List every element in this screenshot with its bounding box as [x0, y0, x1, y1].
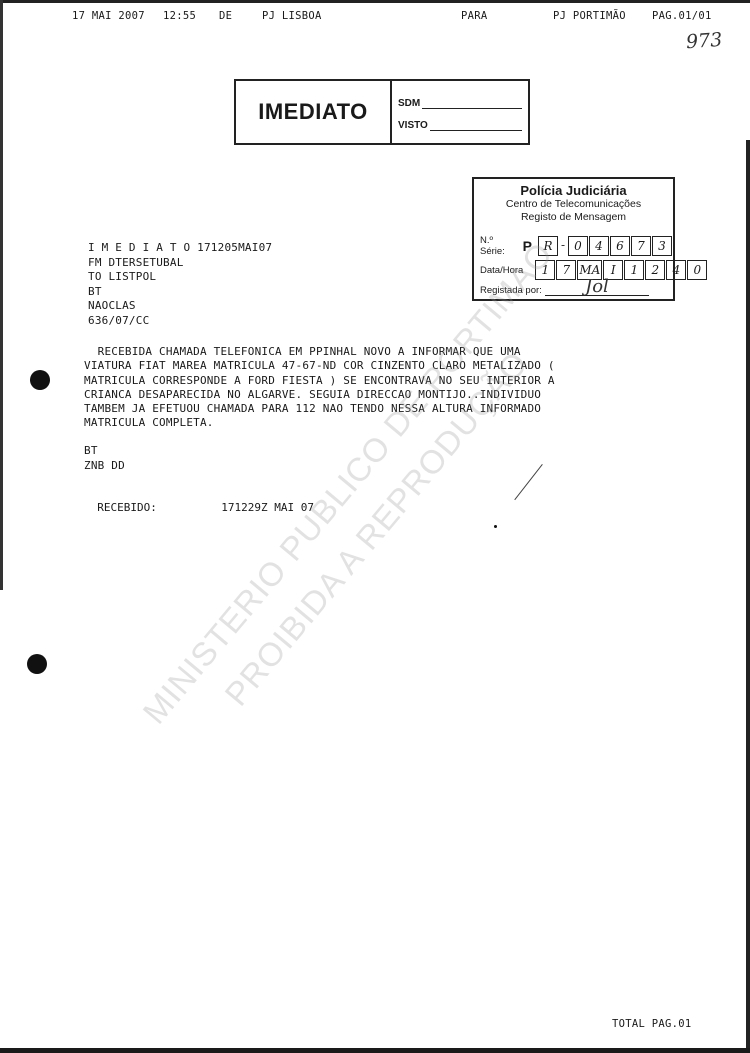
- fax-from-label: DE: [219, 10, 232, 22]
- message-footer: BT ZNB DD: [84, 444, 125, 473]
- fax-to: PJ PORTIMÃO: [553, 10, 626, 22]
- scan-edge-right: [746, 140, 750, 1053]
- received-label: RECEBIDO:: [97, 501, 221, 514]
- visto-field: VISTO: [398, 109, 522, 131]
- fax-time: 12:55: [163, 10, 196, 22]
- registrar-signature: Jol: [585, 276, 609, 297]
- sdm-line: [422, 98, 522, 109]
- fax-to-label: PARA: [461, 10, 488, 22]
- datetime-boxes: 17MAI1240: [535, 260, 708, 280]
- fax-page: PAG.01/01: [652, 10, 712, 22]
- fax-header: 17 MAI 2007 12:55 DE PJ LISBOA PARA PJ P…: [0, 10, 750, 26]
- stamp-box: 0: [568, 236, 588, 256]
- registry-stamp-subtitle-1: Centro de Telecomunicações: [474, 198, 673, 211]
- stamp-box: 7: [556, 260, 576, 280]
- sdm-field: SDM: [398, 87, 522, 109]
- stamp-box: 4: [589, 236, 609, 256]
- pen-mark: [514, 464, 542, 500]
- visto-line: [430, 120, 522, 131]
- handwritten-page-number: 973: [685, 29, 723, 53]
- scan-edge-bottom: [0, 1048, 750, 1053]
- stamp-box: 2: [645, 260, 665, 280]
- registry-stamp-subtitle-2: Registo de Mensagem: [474, 211, 673, 224]
- received-line: RECEBIDO:171229Z MAI 07: [84, 488, 314, 514]
- stamp-box: 0: [687, 260, 707, 280]
- serial-boxes: R-04673: [538, 236, 673, 256]
- scan-edge-left: [0, 0, 3, 590]
- message-header: I M E D I A T O 171205MAI07 FM DTERSETUB…: [88, 241, 272, 328]
- stamp-box: 4: [666, 260, 686, 280]
- punch-hole: [27, 654, 47, 674]
- imediato-stamp: IMEDIATO SDM VISTO: [234, 79, 530, 145]
- stamp-box: 3: [652, 236, 672, 256]
- stamp-box: 1: [624, 260, 644, 280]
- serial-number-field: N.º Série: P R-04673: [480, 235, 673, 257]
- sdm-label: SDM: [398, 98, 420, 109]
- scan-edge-top: [0, 0, 750, 3]
- visto-label: VISTO: [398, 120, 428, 131]
- imediato-stamp-title: IMEDIATO: [236, 81, 392, 143]
- stamp-box: 6: [610, 236, 630, 256]
- fax-from: PJ LISBOA: [262, 10, 322, 22]
- serial-label: N.º Série:: [480, 235, 511, 257]
- punch-hole: [30, 370, 50, 390]
- total-pages: TOTAL PAG.01: [612, 1018, 691, 1030]
- registry-stamp-title: Polícia Judiciária: [474, 183, 673, 198]
- ink-dot: [494, 525, 497, 528]
- fax-date: 17 MAI 2007: [72, 10, 145, 22]
- stamp-box: 7: [631, 236, 651, 256]
- stamp-box: -: [559, 236, 567, 254]
